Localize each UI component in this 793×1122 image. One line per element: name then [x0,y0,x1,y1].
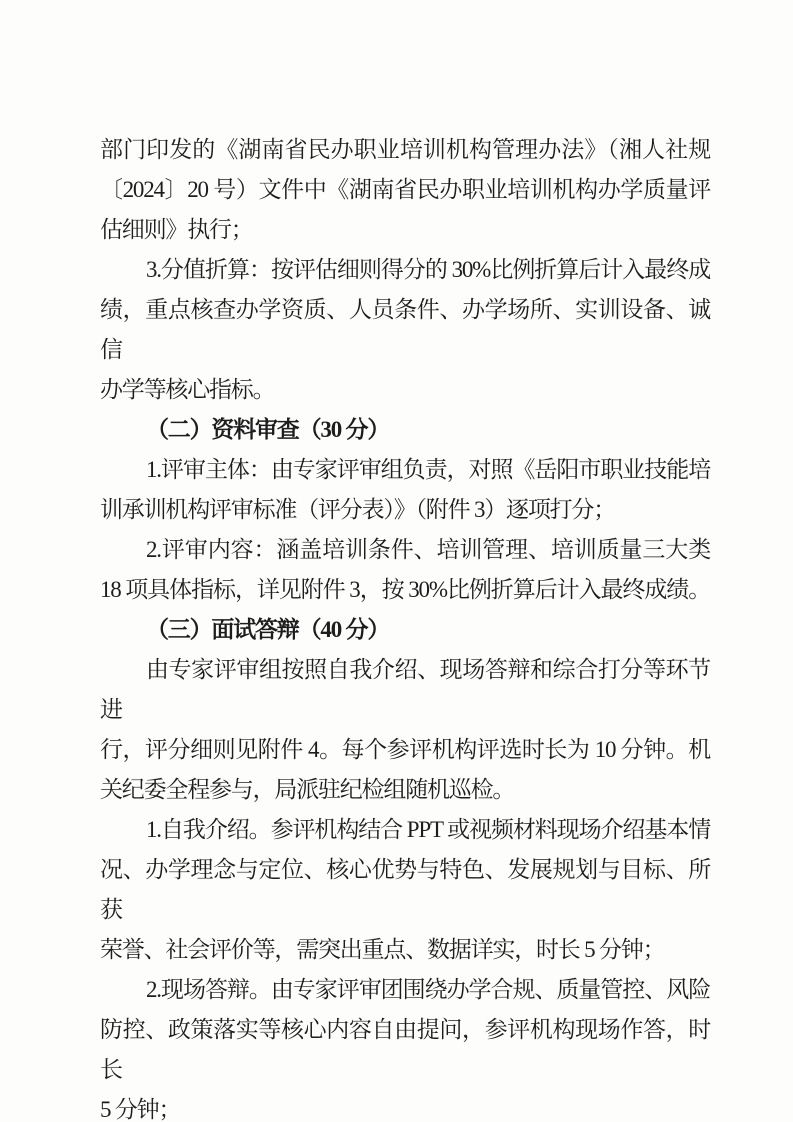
text-line: 由专家评审组按照自我介绍、现场答辩和综合打分等环节进 [100,650,710,730]
section-heading: （二）资料审查（30 分） [100,410,710,450]
text-line: 估细则》执行； [100,210,710,250]
section-heading: （三）面试答辩（40 分） [100,610,710,650]
text-line: 部门印发的《湖南省民办职业培训机构管理办法》（湘人社规 [100,130,710,170]
text-line: 1.评审主体：由专家评审组负责，对照《岳阳市职业技能培 [100,450,710,490]
text-line: 训承训机构评审标准（评分表）》（附件 3）逐项打分； [100,490,710,530]
text-line: 防控、政策落实等核心内容自由提问，参评机构现场作答，时长 [100,1010,710,1090]
text-line: 关纪委全程参与，局派驻纪检组随机巡检。 [100,770,710,810]
text-line: 〔2024〕20 号）文件中《湖南省民办职业培训机构办学质量评 [100,170,710,210]
text-line: 18 项具体指标，详见附件 3，按 30%比例折算后计入最终成绩。 [100,570,710,610]
text-line: 况、办学理念与定位、核心优势与特色、发展规划与目标、所获 [100,850,710,930]
text-line: 办学等核心指标。 [100,370,710,410]
text-line: 荣誉、社会评价等，需突出重点、数据详实，时长 5 分钟； [100,930,710,970]
text-line: 2.评审内容：涵盖培训条件、培训管理、培训质量三大类 [100,530,710,570]
text-line: 绩，重点核查办学资质、人员条件、办学场所、实训设备、诚信 [100,290,710,370]
document-body: 部门印发的《湖南省民办职业培训机构管理办法》（湘人社规〔2024〕20 号）文件… [100,130,710,1122]
text-line: 1.自我介绍。参评机构结合 PPT 或视频材料现场介绍基本情 [100,810,710,850]
text-line: 5 分钟； [100,1090,710,1122]
document-page: 部门印发的《湖南省民办职业培训机构管理办法》（湘人社规〔2024〕20 号）文件… [0,0,793,1122]
text-line: 2.现场答辩。由专家评审团围绕办学合规、质量管控、风险 [100,970,710,1010]
text-line: 3.分值折算：按评估细则得分的 30%比例折算后计入最终成 [100,250,710,290]
text-line: 行，评分细则见附件 4。每个参评机构评选时长为 10 分钟。机 [100,730,710,770]
